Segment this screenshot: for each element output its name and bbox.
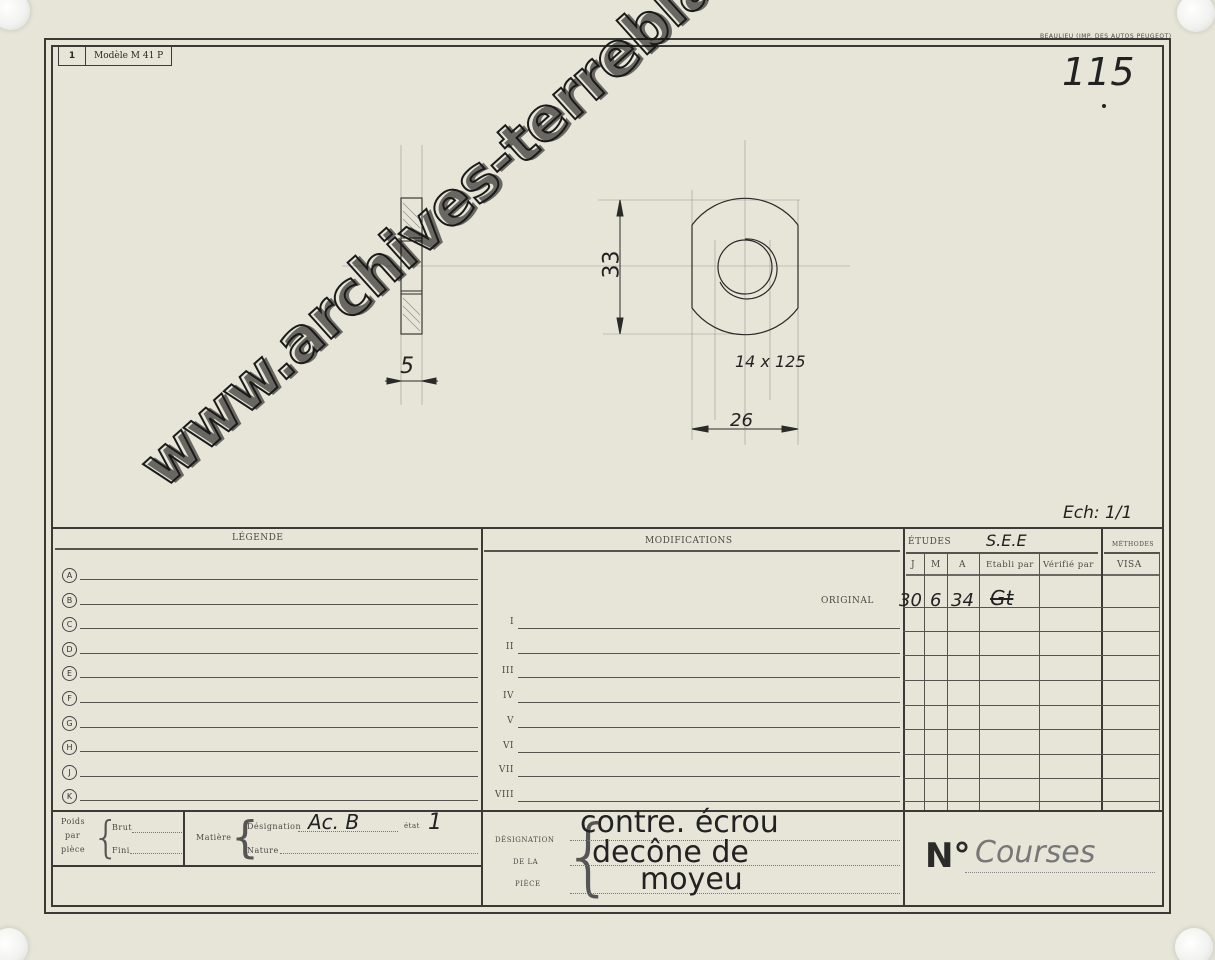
numero-field	[965, 872, 1155, 873]
divider-mods-etudes	[903, 527, 905, 907]
legende-row-line	[80, 604, 478, 605]
piece-label-2: DE LA	[513, 858, 538, 866]
sheet-number: 1	[59, 47, 86, 65]
modifications-title: MODIFICATIONS	[645, 536, 733, 546]
technical-drawing	[330, 140, 850, 460]
etudes-column-line	[1039, 552, 1040, 810]
legende-marker: J	[62, 765, 77, 780]
legende-row-line	[80, 727, 478, 728]
methodes-title: MÉTHODES	[1112, 541, 1154, 548]
original-label: ORIGINAL	[821, 596, 874, 606]
etat-label: état	[404, 822, 420, 830]
original-day: 30	[899, 590, 922, 611]
poids-title-1: Poids	[61, 817, 85, 826]
model-label: Modèle M 41 P	[86, 47, 171, 65]
modification-row-label: VI	[490, 741, 514, 751]
etudes-department: S.E.E	[986, 531, 1027, 550]
matiere-title: Matière	[196, 833, 232, 842]
modification-row-label: IV	[490, 691, 514, 701]
mods-header-line	[484, 550, 900, 552]
modification-row-label: III	[490, 666, 514, 676]
legende-row-line	[80, 751, 478, 752]
etudes-row-line	[903, 680, 1160, 681]
col-j: J	[911, 560, 915, 570]
poids-brace: {	[92, 812, 120, 863]
pin-top-left	[0, 0, 30, 30]
legende-marker: F	[62, 691, 77, 706]
modification-row-line	[518, 752, 900, 753]
legende-marker: A	[62, 568, 77, 583]
etudes-header-line	[906, 552, 1098, 554]
col-verifie: Vérifié par	[1043, 560, 1094, 570]
legende-header-line	[55, 548, 478, 550]
modification-row-label: VII	[490, 765, 514, 775]
legende-title: LÉGENDE	[232, 533, 283, 543]
scale-label: Ech: 1/1	[1063, 503, 1132, 523]
etudes-row-line	[903, 754, 1160, 755]
legende-row-line	[80, 628, 478, 629]
numero-label: N°	[925, 836, 970, 876]
modification-row-label: V	[490, 716, 514, 726]
nature-field	[280, 853, 478, 854]
numero-value: Courses	[975, 835, 1095, 870]
col-a: A	[959, 560, 966, 570]
piece-name-line3: moyeu	[640, 862, 743, 897]
etudes-column-line	[1101, 552, 1103, 810]
col-m: M	[931, 560, 941, 570]
modification-row-line	[518, 776, 900, 777]
legende-row-line	[80, 702, 478, 703]
divider-legende-mods	[481, 527, 483, 907]
legende-marker: G	[62, 716, 77, 731]
modification-row-line	[518, 677, 900, 678]
poids-title-2: par	[65, 831, 80, 840]
etudes-row-line	[903, 778, 1160, 779]
pin-bottom-left	[0, 928, 28, 960]
piece-label-1: DÉSIGNATION	[495, 836, 554, 844]
title-block-top	[52, 527, 1163, 529]
modification-row-line	[518, 702, 900, 703]
etudes-column-line	[924, 552, 925, 810]
legende-marker: E	[62, 666, 77, 681]
legende-marker: D	[62, 642, 77, 657]
modification-row-line	[518, 628, 900, 629]
legende-row-line	[80, 653, 478, 654]
pin-bottom-right	[1175, 928, 1213, 960]
designation-value: Ac. B	[308, 810, 359, 834]
original-signature: Gt	[990, 586, 1013, 610]
modification-row-label: VIII	[490, 790, 514, 800]
etudes-row-line	[903, 801, 1160, 802]
modification-row-label: II	[490, 642, 514, 652]
etudes-column-line	[979, 552, 980, 810]
legende-marker: H	[62, 740, 77, 755]
divider-poids-matiere	[183, 810, 185, 865]
etudes-row-line	[903, 631, 1160, 632]
brut-label: Brut	[112, 823, 132, 832]
etudes-row-line	[903, 729, 1160, 730]
poids-title-3: pièce	[61, 845, 85, 854]
col-visa: VISA	[1117, 560, 1142, 570]
original-year: 34	[951, 590, 974, 611]
modification-row-line	[518, 801, 900, 802]
legende-marker: K	[62, 789, 77, 804]
etudes-row-line	[903, 705, 1160, 706]
dimension-5: 5	[400, 354, 414, 379]
modification-row-line	[518, 653, 900, 654]
etudes-row-line	[903, 655, 1160, 656]
original-month: 6	[930, 590, 941, 611]
poids-matiere-bottom	[52, 865, 481, 867]
legende-marker: B	[62, 593, 77, 608]
modification-row-label: I	[490, 617, 514, 627]
piece-label-3: PIÈCE	[515, 880, 541, 888]
etudes-column-line	[947, 552, 948, 810]
modification-row-line	[518, 727, 900, 728]
dimension-26: 26	[730, 410, 753, 431]
fini-field	[130, 853, 182, 854]
thread-callout: 14 x 125	[735, 352, 806, 371]
methodes-header-line	[1104, 552, 1160, 554]
etat-value: 1	[428, 810, 442, 835]
etudes-column-line	[1159, 552, 1160, 810]
col-etabli: Etabli par	[986, 560, 1034, 570]
drawing-number: 115	[1062, 50, 1135, 94]
model-tag: 1 Modèle M 41 P	[58, 46, 172, 66]
nature-label: Nature	[247, 846, 279, 855]
dot-mark	[1102, 104, 1106, 108]
etudes-row-line	[903, 607, 1160, 608]
legende-row-line	[80, 776, 478, 777]
matiere-brace: {	[231, 812, 259, 863]
brut-field	[132, 832, 182, 833]
etudes-title: ÉTUDES	[908, 537, 951, 547]
fini-label: Fini	[112, 846, 130, 855]
designation-label: Désignation	[247, 822, 301, 831]
legende-row-line	[80, 677, 478, 678]
legende-marker: C	[62, 617, 77, 632]
pin-top-right	[1177, 0, 1215, 32]
legende-row-line	[80, 579, 478, 580]
etudes-colhead-line	[906, 574, 1160, 576]
dimension-33: 33	[600, 251, 625, 279]
legende-row-line	[80, 800, 478, 801]
drawing-sheet: BEAULIEU (IMP. DES AUTOS PEUGEOT) 1 Modè…	[0, 0, 1215, 960]
